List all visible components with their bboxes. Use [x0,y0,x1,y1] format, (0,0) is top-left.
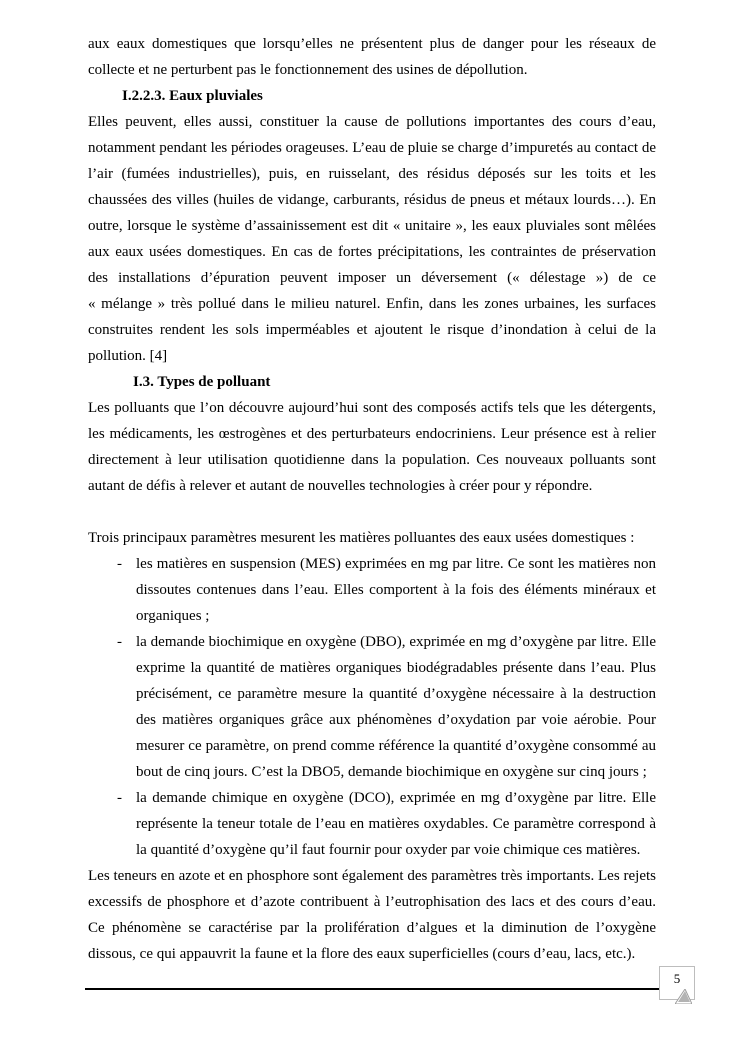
footer-rule [85,988,659,990]
folded-corner-icon [675,989,692,1004]
list-item-text: les matières en suspension (MES) exprimé… [136,556,656,624]
body-paragraph: aux eaux domestiques que lorsqu’elles ne… [88,31,656,83]
blank-line [88,499,656,525]
body-paragraph: Les polluants que l’on découvre aujourd’… [88,395,656,499]
list-item: - la demande biochimique en oxygène (DBO… [88,629,656,785]
section-heading-types-de-polluant: I.3. Types de polluant [88,369,656,395]
page-number-frame: 5 [659,966,695,1000]
body-paragraph: Trois principaux paramètres mesurent les… [88,525,656,551]
section-heading-eaux-pluviales: I.2.2.3. Eaux pluviales [88,83,656,109]
list-item-marker: - [117,629,122,655]
list-item: - la demande chimique en oxygène (DCO), … [88,785,656,863]
list-item-text: la demande biochimique en oxygène (DBO),… [136,634,656,780]
page-number: 5 [660,967,694,986]
page-content: aux eaux domestiques que lorsqu’elles ne… [88,31,656,967]
list-item: - les matières en suspension (MES) expri… [88,551,656,629]
list-item-text: la demande chimique en oxygène (DCO), ex… [136,790,656,858]
list-item-marker: - [117,785,122,811]
body-paragraph: Les teneurs en azote et en phosphore son… [88,863,656,967]
document-page: aux eaux domestiques que lorsqu’elles ne… [0,0,744,1053]
body-paragraph: Elles peuvent, elles aussi, constituer l… [88,109,656,369]
list-item-marker: - [117,551,122,577]
